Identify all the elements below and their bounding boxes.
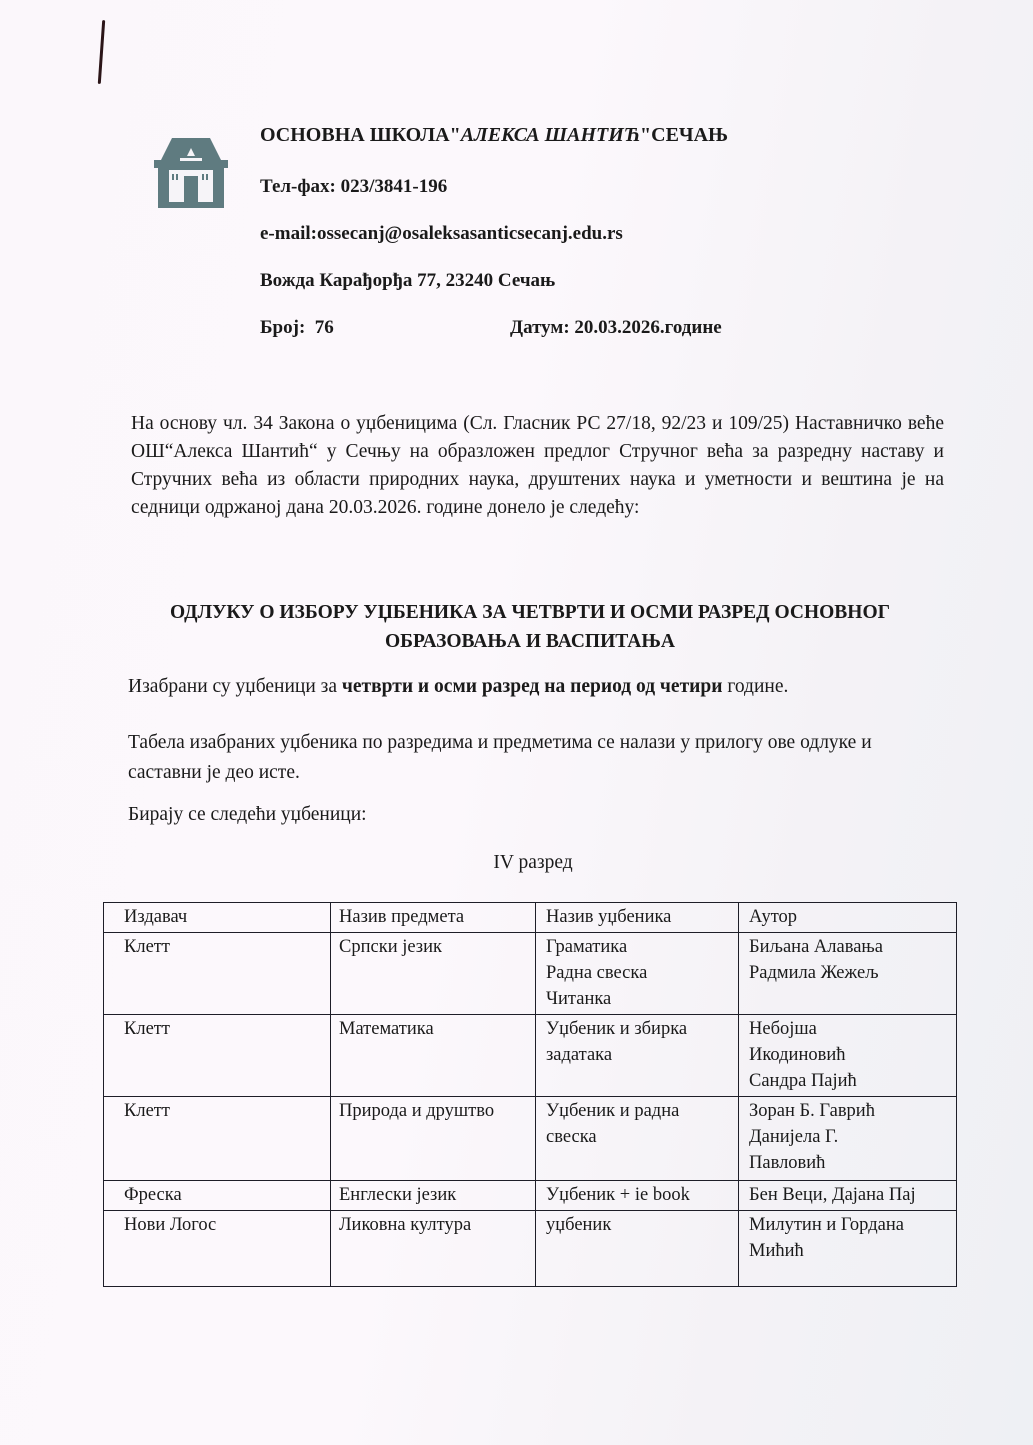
- cell-textbook: ГраматикаРадна свескаЧитанка: [536, 933, 739, 1015]
- table-row: КлеттМатематикаУџбеник и збирказадатакаН…: [104, 1015, 957, 1097]
- selected-sentence: Изабрани су уџбеници за четврти и осми р…: [128, 676, 788, 698]
- cell-subject: Српски језик: [331, 933, 536, 1015]
- cell-subject: Енглески језик: [331, 1181, 536, 1211]
- street-address: Вожда Карађорђа 77, 23240 Сечањ: [260, 270, 555, 292]
- decision-title-line-1: ОДЛУКУ О ИЗБОРУ УЏБЕНИКА ЗА ЧЕТВРТИ И ОС…: [110, 598, 950, 627]
- textbook-table: Издавач Назив предмета Назив уџбеника Ау…: [103, 902, 957, 1287]
- decision-title-line-2: ОБРАЗОВАЊА И ВАСПИТАЊА: [110, 627, 950, 656]
- cell-subject: Математика: [331, 1015, 536, 1097]
- intro-paragraph: На основу чл. 34 Закона о уџбеницима (Сл…: [131, 410, 944, 522]
- cell-author: Бен Веци, Дајана Пај: [739, 1181, 957, 1211]
- header-subject: Назив предмета: [331, 903, 536, 933]
- email-address: e-mail:ossecanj@osaleksasanticsecanj.edu…: [260, 223, 623, 245]
- cell-author: Зоран Б. ГаврићДанијела Г.Павловић: [739, 1097, 957, 1181]
- table-header-row: Издавач Назив предмета Назив уџбеника Ау…: [104, 903, 957, 933]
- choose-line: Бирају се следећи уџбеници:: [128, 804, 367, 826]
- cell-publisher: Клетт: [104, 1097, 331, 1181]
- cell-textbook: Уџбеник + ie book: [536, 1181, 739, 1211]
- grade-heading: IV разред: [0, 852, 1033, 874]
- header-publisher: Издавач: [104, 903, 331, 933]
- cell-publisher: Клетт: [104, 1015, 331, 1097]
- cell-subject: Природа и друштво: [331, 1097, 536, 1181]
- cell-author: НебојшаИкодиновићСандра Пајић: [739, 1015, 957, 1097]
- number-date-row: Број: 76 Датум: 20.03.2026.године: [260, 317, 760, 339]
- document-number: Број: 76: [260, 317, 334, 338]
- cell-publisher: Клетт: [104, 933, 331, 1015]
- table-row: КлеттСрпски језикГраматикаРадна свескаЧи…: [104, 933, 957, 1015]
- cell-author: Биљана АлавањаРадмила Жежељ: [739, 933, 957, 1015]
- cell-textbook: Уџбеник и збирказадатака: [536, 1015, 739, 1097]
- table-row: КлеттПрирода и друштвоУџбеник и раднасве…: [104, 1097, 957, 1181]
- table-row: Нови ЛогосЛиковна културауџбеникМилутин …: [104, 1211, 957, 1287]
- document-date: Датум: 20.03.2026.године: [510, 317, 722, 339]
- pen-mark: [98, 20, 105, 84]
- header-author: Аутор: [739, 903, 957, 933]
- annex-paragraph: Табела изабраних уџбеника по разредима и…: [128, 728, 948, 788]
- phone-fax: Тел-фах: 023/3841-196: [260, 176, 447, 198]
- cell-publisher: Нови Логос: [104, 1211, 331, 1287]
- table-row: ФрескаЕнглески језикУџбеник + ie bookБен…: [104, 1181, 957, 1211]
- cell-subject: Ликовна култура: [331, 1211, 536, 1287]
- cell-publisher: Фреска: [104, 1181, 331, 1211]
- school-name: ОСНОВНА ШКОЛА"АЛЕКСА ШАНТИЋ"СЕЧАЊ: [260, 124, 728, 147]
- header-textbook: Назив уџбеника: [536, 903, 739, 933]
- school-building-icon: [152, 136, 230, 210]
- cell-textbook: Уџбеник и раднасвеска: [536, 1097, 739, 1181]
- cell-textbook: уџбеник: [536, 1211, 739, 1287]
- decision-title: ОДЛУКУ О ИЗБОРУ УЏБЕНИКА ЗА ЧЕТВРТИ И ОС…: [110, 598, 950, 656]
- cell-author: Милутин и ГорданаМићић: [739, 1211, 957, 1287]
